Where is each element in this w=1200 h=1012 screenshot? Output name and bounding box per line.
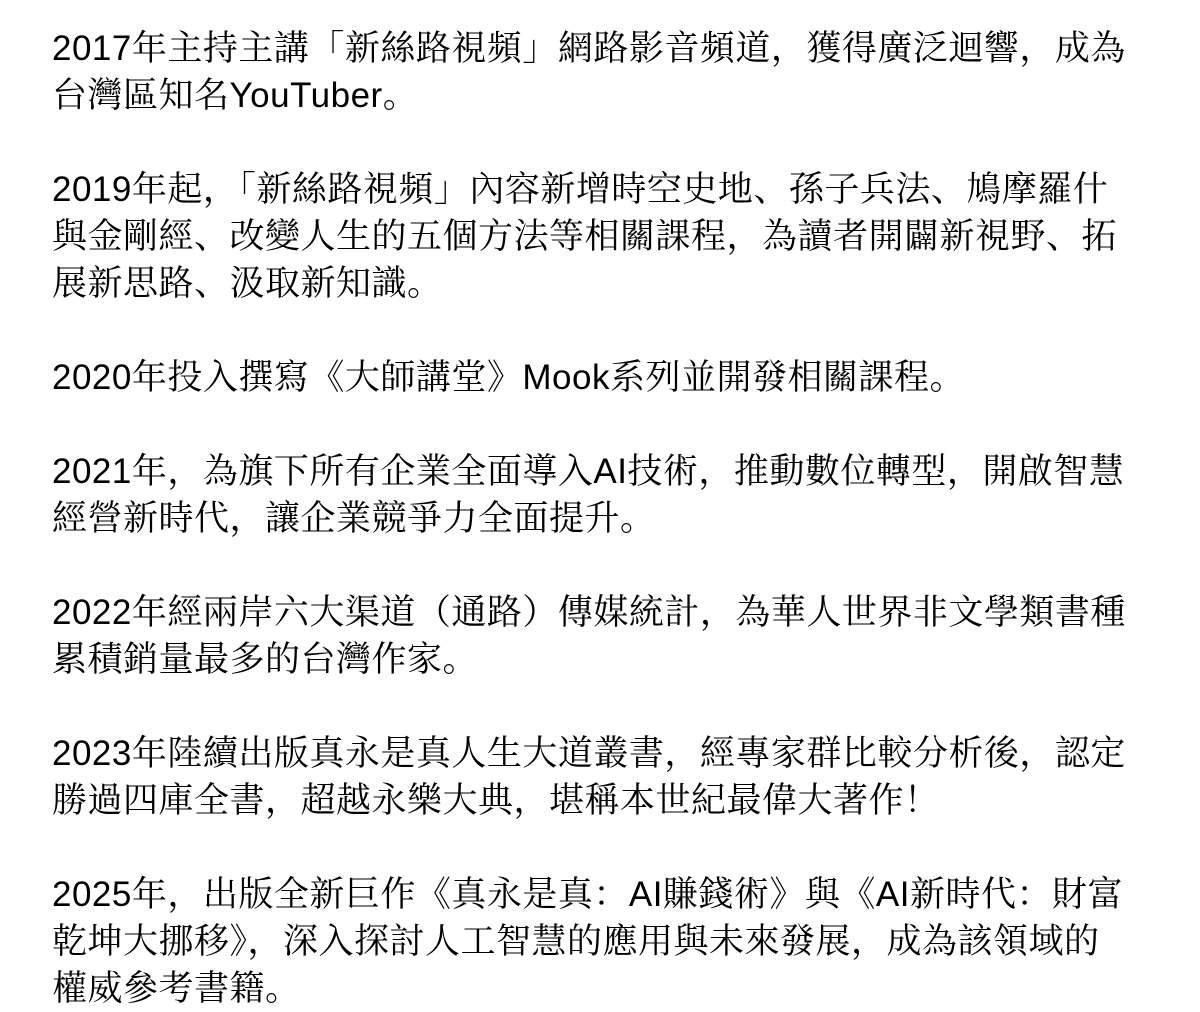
paragraph-2017: 2017年主持主講「新絲路視頻」網路影音頻道，獲得廣泛迴響，成為 台灣區知名Yo… [52,25,1160,119]
text-line: 權威參考書籍。 [52,965,1160,1012]
paragraph-2023: 2023年陸續出版真永是真人生大道叢書，經專家群比較分析後，認定 勝過四庫全書，… [52,730,1160,824]
text-line: 累積銷量最多的台灣作家。 [52,636,1160,683]
text-line: 2023年陸續出版真永是真人生大道叢書，經專家群比較分析後，認定 [52,730,1160,777]
text-line: 2019年起，「新絲路視頻」內容新增時空史地、孫子兵法、鳩摩羅什 [52,166,1160,213]
paragraph-2021: 2021年，為旗下所有企業全面導入AI技術，推動數位轉型，開啟智慧 經營新時代，… [52,448,1160,542]
text-line: 2021年，為旗下所有企業全面導入AI技術，推動數位轉型，開啟智慧 [52,448,1160,495]
paragraph-2022: 2022年經兩岸六大渠道（通路）傳媒統計，為華人世界非文學類書種 累積銷量最多的… [52,589,1160,683]
text-line: 與金剛經、改變人生的五個方法等相關課程，為讀者開闢新視野、拓 [52,213,1160,260]
text-line: 展新思路、汲取新知識。 [52,260,1160,307]
text-line: 勝過四庫全書，超越永樂大典，堪稱本世紀最偉大著作！ [52,777,1160,824]
text-line: 經營新時代，讓企業競爭力全面提升。 [52,495,1160,542]
text-line: 2025年，出版全新巨作《真永是真：AI賺錢術》與《AI新時代：財富 [52,871,1160,918]
text-line: 2017年主持主講「新絲路視頻」網路影音頻道，獲得廣泛迴響，成為 [52,25,1160,72]
text-line: 2022年經兩岸六大渠道（通路）傳媒統計，為華人世界非文學類書種 [52,589,1160,636]
text-line: 台灣區知名YouTuber。 [52,72,1160,119]
paragraph-2019: 2019年起，「新絲路視頻」內容新增時空史地、孫子兵法、鳩摩羅什 與金剛經、改變… [52,166,1160,307]
paragraph-2025: 2025年，出版全新巨作《真永是真：AI賺錢術》與《AI新時代：財富 乾坤大挪移… [52,871,1160,1012]
paragraph-2020: 2020年投入撰寫《大師講堂》Mook系列並開發相關課程。 [52,354,1160,401]
text-line: 乾坤大挪移》，深入探討人工智慧的應用與未來發展，成為該領域的 [52,918,1160,965]
document-page: 2017年主持主講「新絲路視頻」網路影音頻道，獲得廣泛迴響，成為 台灣區知名Yo… [0,0,1200,1012]
text-line: 2020年投入撰寫《大師講堂》Mook系列並開發相關課程。 [52,354,1160,401]
